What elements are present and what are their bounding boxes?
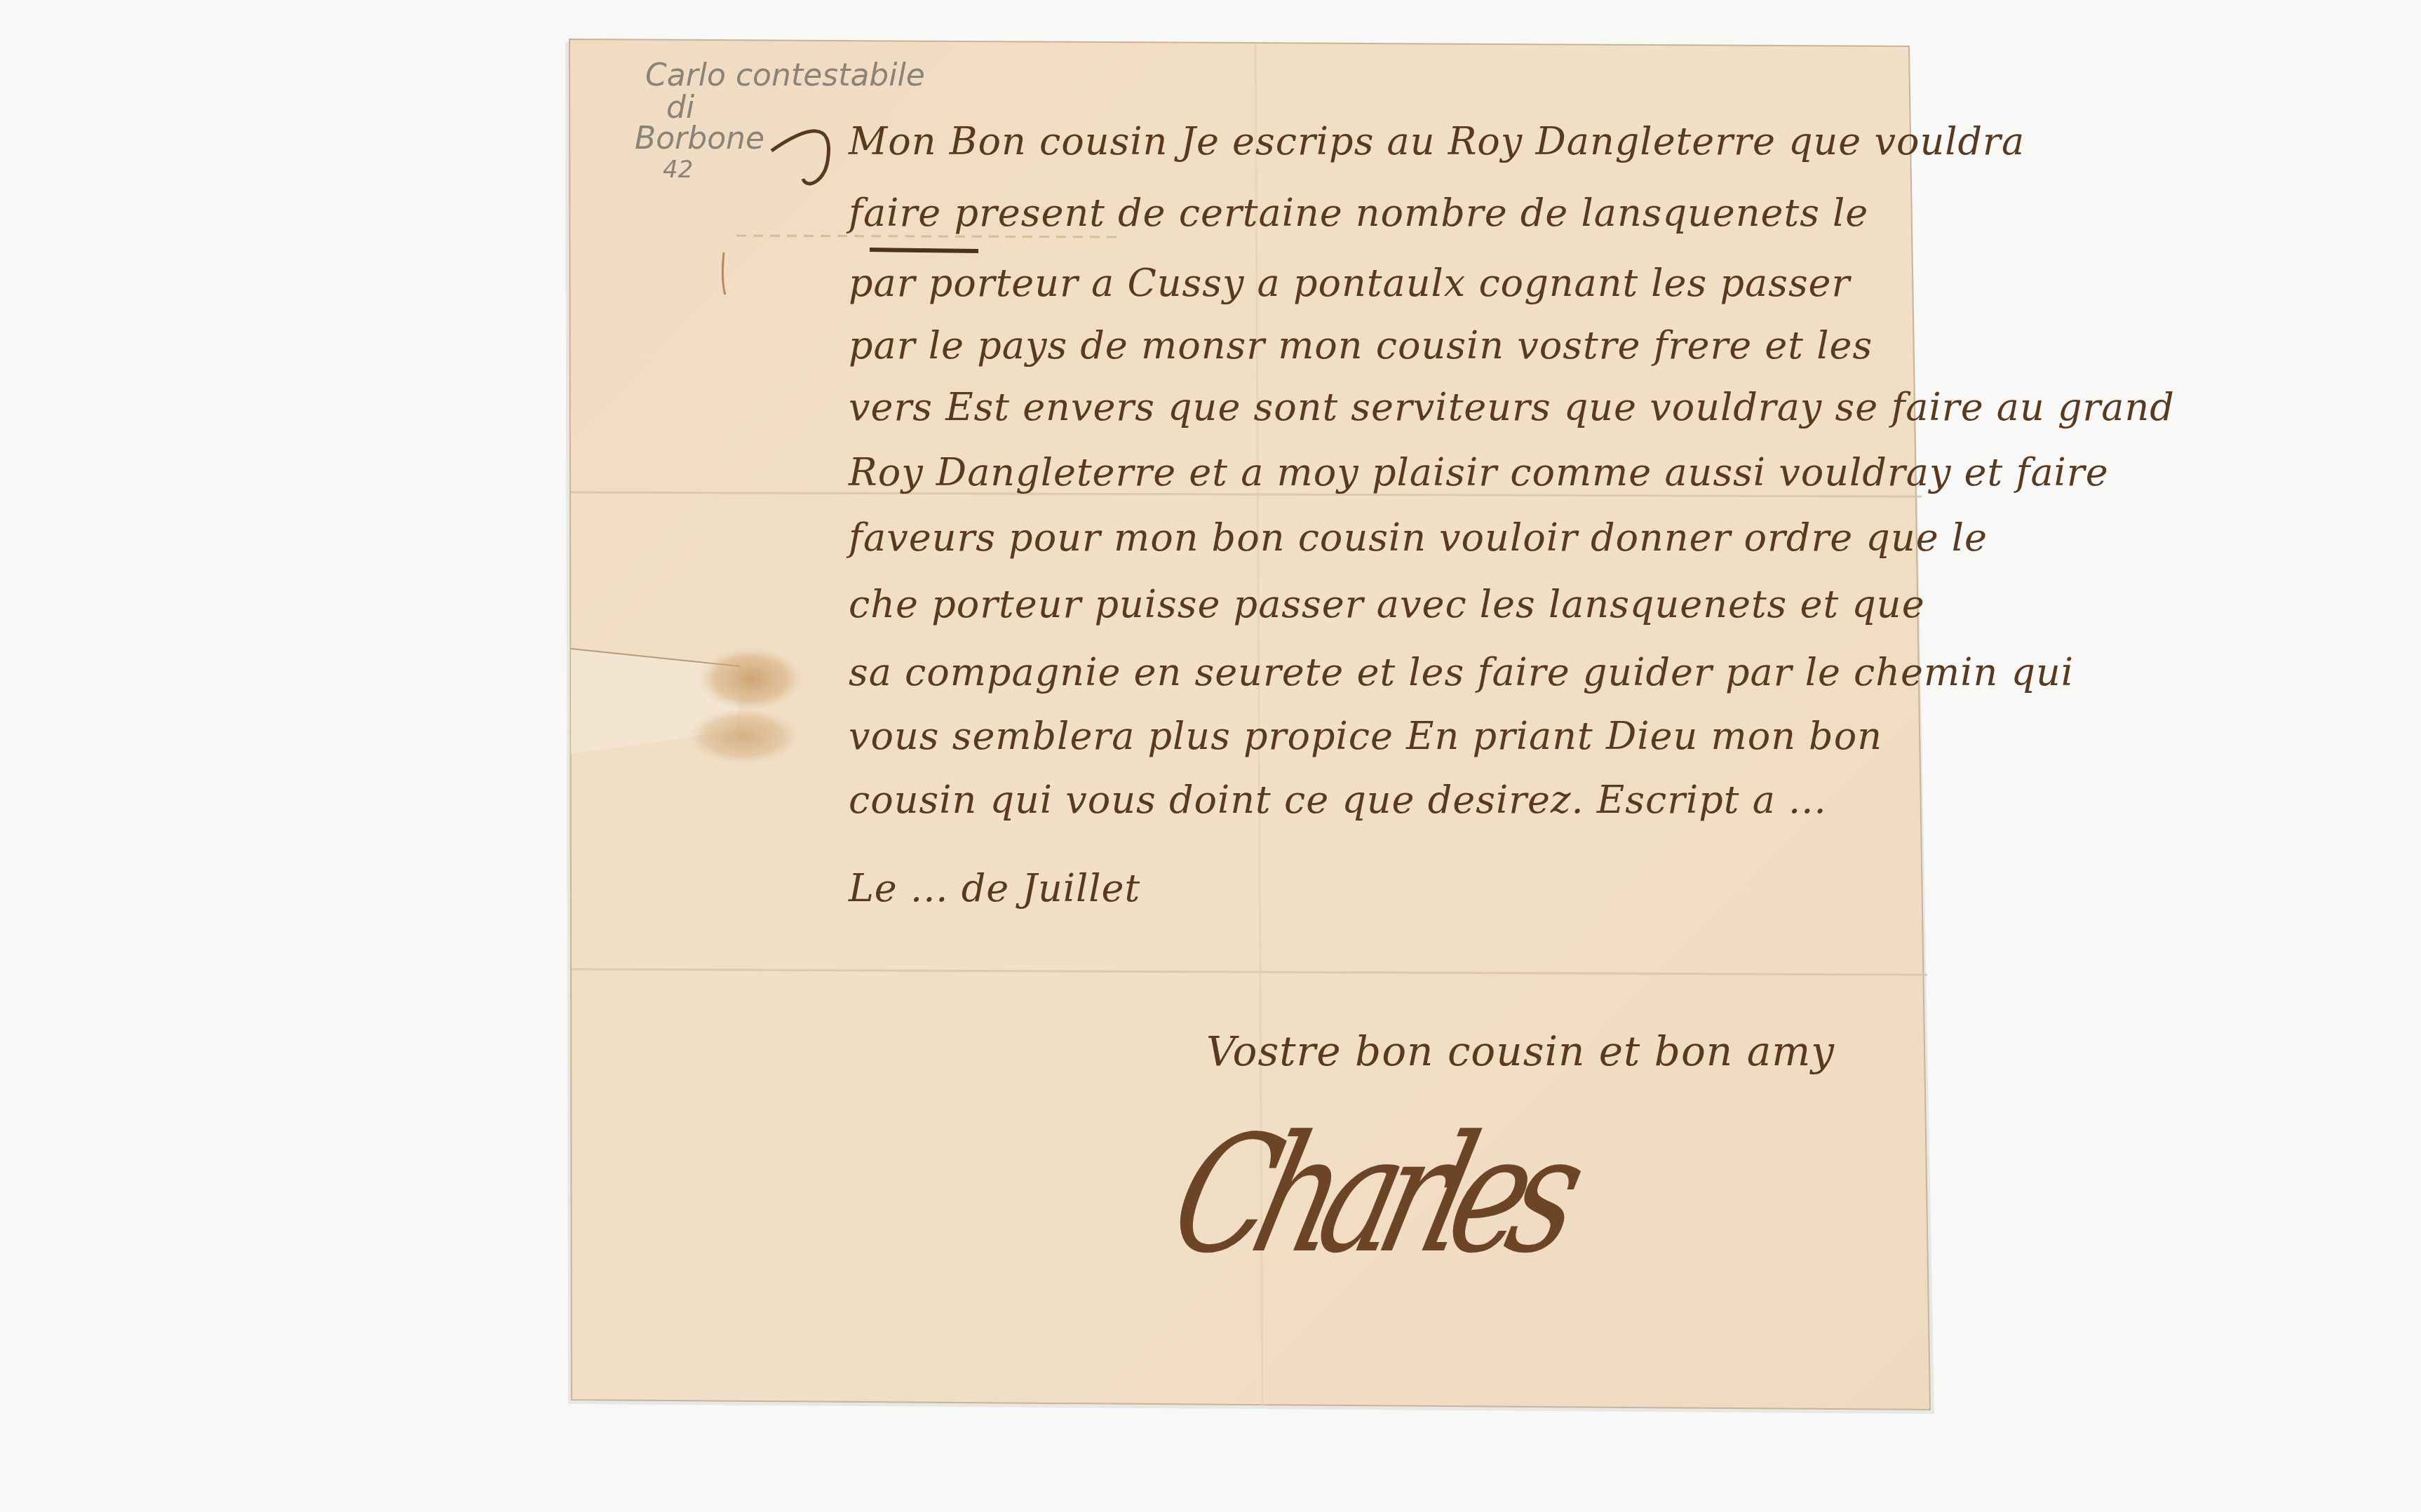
margin-note-line-3: Borbone bbox=[635, 121, 764, 156]
letter-paper: Carlo contestabile di Borbone 42 Mon Bon… bbox=[0, 0, 2421, 1512]
letter-line-5: vers Est envers que sont serviteurs que … bbox=[849, 385, 2175, 429]
letter-line-10: vous semblera plus propice En priant Die… bbox=[849, 714, 1882, 758]
signature: Charles bbox=[1159, 1115, 1584, 1276]
letter-line-7: faveurs pour mon bon cousin vouloir donn… bbox=[849, 515, 1988, 560]
margin-note-line-4: 42 bbox=[663, 156, 693, 184]
margin-note-line-1: Carlo contestabile bbox=[645, 58, 925, 93]
letter-line-6: Roy Dangleterre et a moy plaisir comme a… bbox=[849, 450, 2109, 494]
letter-line-9: sa compagnie en seurete et les faire gui… bbox=[849, 650, 2074, 694]
letter-line-12: Le ... de Juillet bbox=[849, 866, 1140, 910]
letter-line-2: faire present de certaine nombre de lans… bbox=[849, 191, 1868, 235]
letter-closing: Vostre bon cousin et bon amy bbox=[1206, 1027, 1835, 1075]
letter-line-1: Mon Bon cousin Je escrips au Roy Danglet… bbox=[849, 119, 2025, 163]
letter-line-8: che porteur puisse passer avec les lansq… bbox=[849, 582, 1925, 626]
letter-line-11: cousin qui vous doint ce que desirez. Es… bbox=[849, 778, 1827, 822]
letter-line-3: par porteur a Cussy a pontaulx cognant l… bbox=[849, 261, 1850, 305]
letter-line-4: par le pays de monsr mon cousin vostre f… bbox=[849, 323, 1873, 367]
